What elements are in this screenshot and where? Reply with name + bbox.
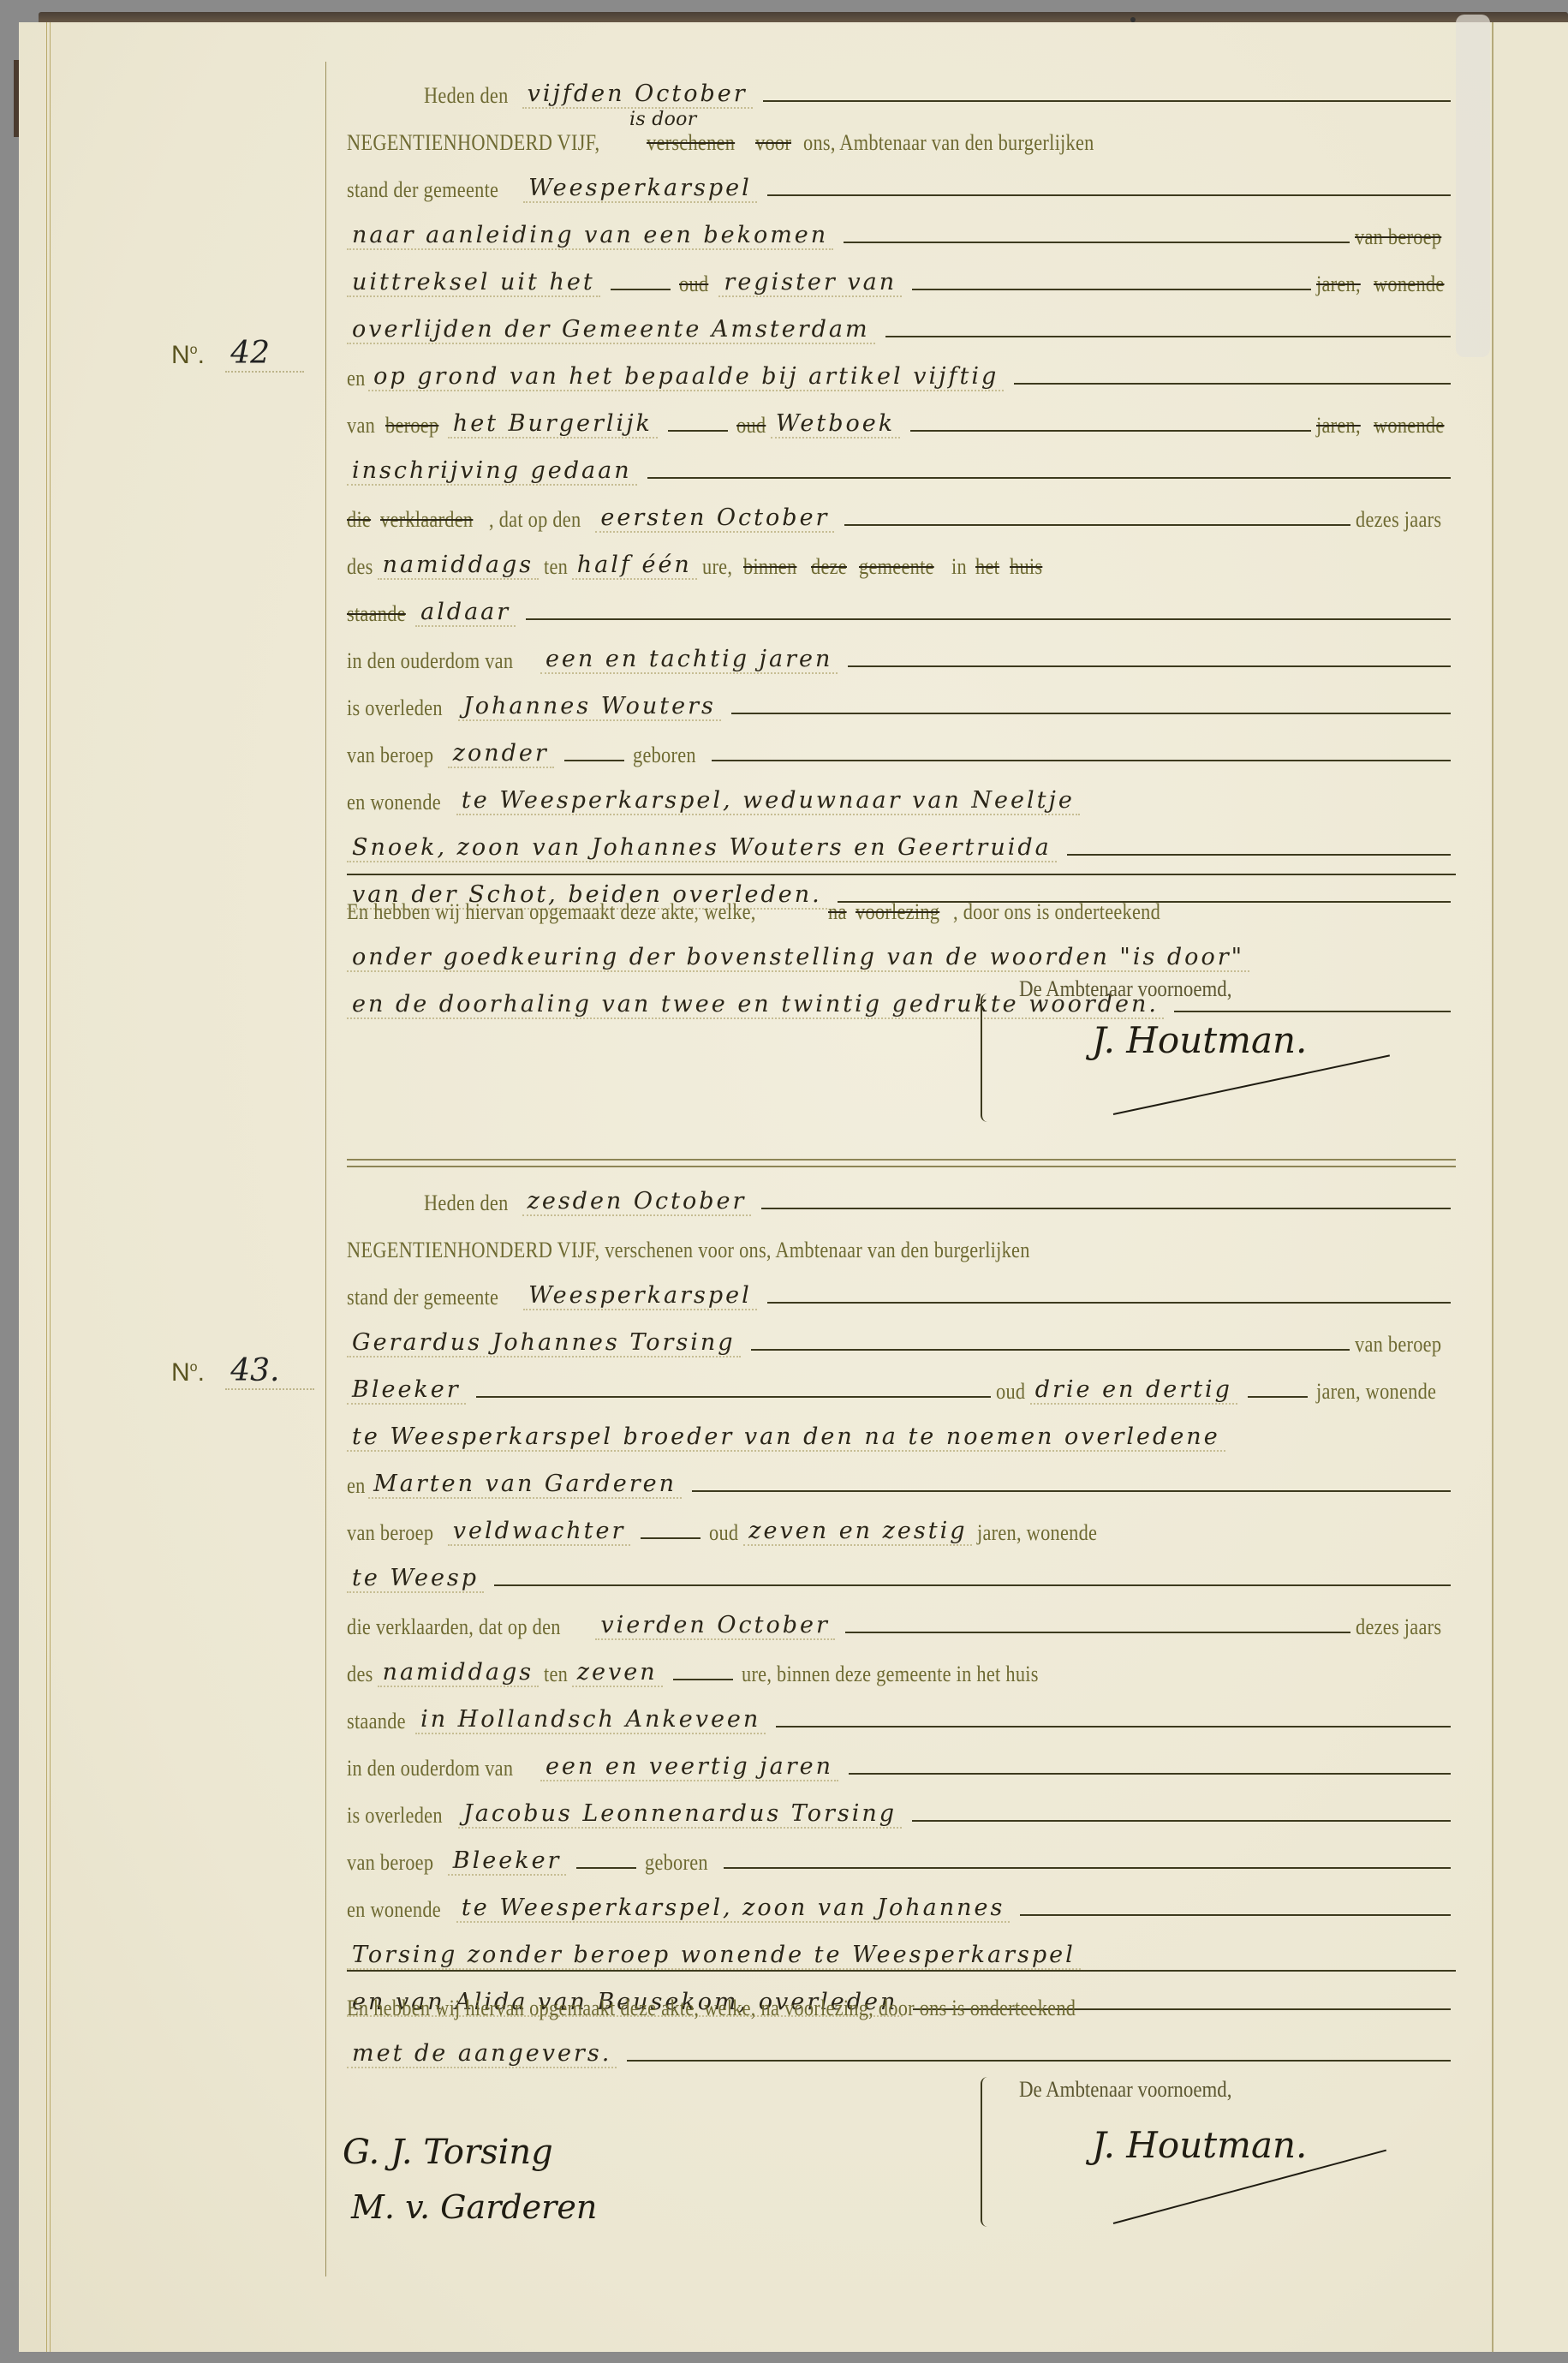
number-sup: o <box>190 343 198 357</box>
handwritten-occupation: veldwachter <box>448 1518 631 1546</box>
struck-text: wonende <box>1374 272 1445 297</box>
printed-text: Heden den <box>424 1190 509 1216</box>
fill-line <box>1248 1396 1308 1398</box>
printed-text: staande <box>347 1709 406 1734</box>
printed-text: en wonende <box>347 790 441 815</box>
fill-line <box>668 430 728 432</box>
struck-text: huis <box>1010 554 1042 580</box>
handwritten-age: zeven en zestig <box>743 1518 972 1546</box>
handwritten-date: vijfden October <box>522 81 753 109</box>
struck-text: het <box>975 554 999 580</box>
record-divider <box>347 1159 1456 1167</box>
line-occupation: van beroep Bleeker geboren <box>347 1829 1456 1876</box>
printed-text: die verklaarden, dat op den <box>347 1614 561 1640</box>
line-municipality: stand der gemeente Weesperkarspel <box>347 156 1456 203</box>
handwritten-insertion: is door <box>629 109 697 130</box>
handwritten-municipality: Weesperkarspel <box>523 1282 757 1310</box>
handwritten-age: een en veertig jaren <box>540 1753 838 1781</box>
handwritten-place: in Hollandsch Ankeveen <box>415 1706 766 1734</box>
fill-line <box>1174 1011 1451 1012</box>
handwritten-time: half één <box>572 552 697 580</box>
fill-line <box>712 760 1451 761</box>
handwritten-text: inschrijving gedaan <box>347 457 637 486</box>
line-11: des namiddags ten half één ure, binnen d… <box>347 533 1456 580</box>
struck-text: oud <box>736 413 766 439</box>
printed-text: in den ouderdom van <box>347 648 513 674</box>
struck-text: gemeente <box>859 554 934 580</box>
official-signature: J. Houtman. <box>1092 2124 1307 2166</box>
line-5: Bleeker oud drie en dertig jaren, wonend… <box>347 1358 1456 1405</box>
fill-line <box>476 1396 991 1398</box>
struck-text: na <box>828 899 847 925</box>
printed-text: oud <box>709 1520 738 1546</box>
line-10: die verklaarden, dat op den vierden Octo… <box>347 1593 1456 1640</box>
handwritten-text: op grond van het bepaalde bij artikel vi… <box>368 363 1004 391</box>
handwritten-text: register van <box>718 269 902 297</box>
printed-text: des <box>347 1662 373 1687</box>
line-declarant-1: Gerardus Johannes Torsing van beroep <box>347 1310 1456 1358</box>
line-age: in den ouderdom van een en veertig jaren <box>347 1734 1456 1781</box>
separator-line <box>347 1970 1456 1972</box>
fill-line <box>844 242 1350 243</box>
fill-line <box>912 289 1311 290</box>
struck-text: wonende <box>1374 413 1445 439</box>
fill-line <box>849 1773 1451 1775</box>
record-number-value: 42 <box>225 336 304 373</box>
printed-text: dezes jaars <box>1356 507 1441 533</box>
fill-line <box>848 665 1451 667</box>
fill-line <box>647 477 1451 479</box>
handwritten-text: te Weesperkarspel, zoon van Johannes <box>456 1895 1010 1923</box>
handwritten-text: Wetboek <box>771 410 900 439</box>
line-deceased: is overleden Jacobus Leonnenardus Torsin… <box>347 1781 1456 1829</box>
official-label: De Ambtenaar voornoemd, <box>1019 2077 1231 2103</box>
number-label: N <box>171 1358 190 1387</box>
closing-hand-1: met de aangevers. <box>347 2021 1456 2068</box>
paper-stain <box>1456 15 1490 357</box>
handwritten-occupation: Bleeker <box>448 1847 567 1876</box>
line-11: des namiddags ten zeven ure, binnen deze… <box>347 1640 1456 1687</box>
struck-text: voor <box>755 130 791 156</box>
fill-line <box>844 524 1350 526</box>
handwritten-text: naar aanleiding van een bekomen <box>347 222 833 250</box>
line-9: inschrijving gedaan <box>347 439 1456 486</box>
struck-text: van beroep <box>1355 224 1441 250</box>
record-42-closing: En hebben wij hiervan opgemaakt deze akt… <box>347 878 1456 1019</box>
printed-text: dezes jaars <box>1356 1614 1441 1640</box>
line-6: overlijden der Gemeente Amsterdam <box>347 297 1456 344</box>
official-label: De Ambtenaar voornoemd, <box>1019 976 1231 1002</box>
printed-text: En hebben wij hiervan opgemaakt deze akt… <box>347 1996 1076 2021</box>
printed-text: jaren, wonende <box>977 1520 1097 1546</box>
line-date: Heden den vijfden October <box>347 62 1456 109</box>
line-4: naar aanleiding van een bekomen van bero… <box>347 203 1456 250</box>
line-deceased: is overleden Johannes Wouters <box>347 674 1456 721</box>
struck-text: staande <box>347 601 406 627</box>
line-12: staande aldaar <box>347 580 1456 627</box>
separator-line <box>347 874 1456 875</box>
printed-text: is overleden <box>347 695 443 721</box>
printed-text: en wonende <box>347 1897 441 1923</box>
handwritten-text: te Weesperkarspel, weduwnaar van Neeltje <box>456 787 1080 815</box>
official-signature: J. Houtman. <box>1092 1019 1307 1061</box>
printed-text: oud <box>996 1379 1025 1405</box>
handwritten-text: overlijden der Gemeente Amsterdam <box>347 316 875 344</box>
record-42: Heden den vijfden October NEGENTIENHONDE… <box>347 62 1456 910</box>
struck-text: jaren, <box>1316 413 1361 439</box>
printed-text: van beroep <box>347 743 433 768</box>
fill-line <box>673 1679 733 1680</box>
fill-line <box>1067 854 1451 856</box>
brace <box>981 2077 994 2227</box>
struck-text: jaren, <box>1316 272 1361 297</box>
printed-text: in den ouderdom van <box>347 1756 513 1781</box>
printed-text: En hebben wij hiervan opgemaakt deze akt… <box>347 899 756 925</box>
ink-dot <box>1130 17 1136 22</box>
printed-text: is overleden <box>347 1803 443 1829</box>
line-8: van beroep het Burgerlijk oud Wetboek ja… <box>347 391 1456 439</box>
handwritten-declarant-name: Gerardus Johannes Torsing <box>347 1329 741 1358</box>
handwritten-text: Torsing zonder beroep wonende te Weesper… <box>347 1942 1081 1970</box>
record-number-42: No. 42 <box>171 336 304 371</box>
handwritten-age: drie en dertig <box>1030 1376 1237 1405</box>
line-residence: en wonende te Weesperkarspel, weduwnaar … <box>347 768 1456 815</box>
fill-line <box>1020 1914 1451 1916</box>
declarant-signature-torsing: G. J. Torsing <box>343 2133 553 2172</box>
line-10: die verklaarden , dat op den eersten Oct… <box>347 486 1456 533</box>
line-year: NEGENTIENHONDERD VIJF, verschenen voor o… <box>347 1216 1456 1263</box>
printed-text: van beroep <box>347 1520 433 1546</box>
handwritten-text: uittreksel uit het <box>347 269 600 297</box>
line-municipality: stand der gemeente Weesperkarspel <box>347 1263 1456 1310</box>
struck-text: oud <box>679 272 708 297</box>
column-divider <box>325 62 326 2276</box>
printed-text: en <box>347 366 366 391</box>
printed-text: geboren <box>633 743 696 768</box>
handwritten-deceased-name: Jacobus Leonnenardus Torsing <box>458 1800 902 1829</box>
closing-line: En hebben wij hiervan opgemaakt deze akt… <box>347 878 1456 925</box>
printed-text: stand der gemeente <box>347 1285 498 1310</box>
printed-text: , door ons is onderteekend <box>953 899 1160 925</box>
next-page-edge <box>1492 22 1568 2352</box>
handwritten-date: vierden October <box>595 1612 835 1640</box>
fill-line <box>576 1867 636 1869</box>
fill-line <box>912 1820 1451 1822</box>
handwritten-declarant-name: Marten van Garderen <box>368 1471 682 1499</box>
line-occupation: van beroep zonder geboren <box>347 721 1456 768</box>
printed-text: ons, Ambtenaar van den burgerlijken <box>803 130 1094 156</box>
line-5: uittreksel uit het oud register van jare… <box>347 250 1456 297</box>
brace <box>981 994 994 1122</box>
struck-text: verschenen <box>647 130 735 156</box>
printed-text: NEGENTIENHONDERD VIJF, <box>347 130 599 156</box>
printed-text: ure, <box>702 554 732 580</box>
fill-line <box>845 1632 1350 1633</box>
handwritten-text: te Weesperkarspel broeder van den na te … <box>347 1423 1225 1452</box>
line-date: Heden den zesden October <box>347 1169 1456 1216</box>
fill-line <box>885 336 1451 337</box>
fill-line <box>627 2060 1451 2062</box>
handwritten-time: zeven <box>572 1659 663 1687</box>
struck-text: die <box>347 507 371 533</box>
fill-line <box>724 1867 1451 1869</box>
line-17: Torsing zonder beroep wonende te Weesper… <box>347 1923 1456 1970</box>
closing-hand-1: onder goedkeuring der bovenstelling van … <box>347 925 1456 972</box>
fill-line <box>776 1726 1451 1727</box>
printed-text: NEGENTIENHONDERD VIJF, verschenen voor o… <box>347 1238 1030 1263</box>
handwritten-approval: onder goedkeuring der bovenstelling van … <box>347 944 1249 972</box>
fill-line <box>910 430 1311 432</box>
printed-text: van beroep <box>1355 1332 1441 1358</box>
handwritten-date: zesden October <box>522 1188 752 1216</box>
margin-rule <box>46 22 51 2352</box>
record-43: Heden den zesden October NEGENTIENHONDER… <box>347 1169 1456 2017</box>
fill-line <box>692 1490 1451 1492</box>
fill-line <box>641 1537 701 1539</box>
handwritten-text: Snoek, zoon van Johannes Wouters en Geer… <box>347 834 1057 862</box>
printed-text: Heden den <box>424 83 509 109</box>
line-17: Snoek, zoon van Johannes Wouters en Geer… <box>347 815 1456 862</box>
printed-text: geboren <box>645 1850 708 1876</box>
line-age: in den ouderdom van een en tachtig jaren <box>347 627 1456 674</box>
struck-text: binnen <box>743 554 796 580</box>
record-43-closing: En hebben wij hiervan opgemaakt deze akt… <box>347 1974 1456 2068</box>
number-label: N <box>171 341 190 369</box>
printed-text: en <box>347 1473 366 1499</box>
line-8: van beroep veldwachter oud zeven en zest… <box>347 1499 1456 1546</box>
handwritten-text: met de aangevers. <box>347 2040 617 2068</box>
struck-text: voorlezing <box>856 899 939 925</box>
handwritten-deceased-name: Johannes Wouters <box>458 693 721 721</box>
fill-line <box>611 289 671 290</box>
printed-text: van <box>347 413 375 439</box>
line-residence: en wonende te Weesperkarspel, zoon van J… <box>347 1876 1456 1923</box>
line-7: en op grond van het bepaalde bij artikel… <box>347 344 1456 391</box>
record-number-value: 43. <box>225 1353 313 1390</box>
record-number-43: No. 43. <box>171 1353 314 1388</box>
fill-line <box>564 760 624 761</box>
struck-text: deze <box>811 554 847 580</box>
fill-line <box>494 1584 1451 1586</box>
handwritten-age: een en tachtig jaren <box>540 646 838 674</box>
fill-line <box>751 1349 1350 1351</box>
fill-line <box>767 194 1451 196</box>
fill-line <box>761 1208 1451 1209</box>
printed-text: des <box>347 554 373 580</box>
printed-text: , dat op den <box>489 507 581 533</box>
line-6: te Weesperkarspel broeder van den na te … <box>347 1405 1456 1452</box>
handwritten-occupation: zonder <box>448 740 554 768</box>
closing-line: En hebben wij hiervan opgemaakt deze akt… <box>347 1974 1456 2021</box>
line-year: NEGENTIENHONDERD VIJF, verschenen voor i… <box>347 109 1456 156</box>
printed-text: van beroep <box>347 1850 433 1876</box>
line-9: te Weesp <box>347 1546 1456 1593</box>
line-declarant-2: en Marten van Garderen <box>347 1452 1456 1499</box>
fill-line <box>767 1302 1451 1304</box>
printed-text: ten <box>544 1662 568 1687</box>
handwritten-text: te Weesp <box>347 1565 484 1593</box>
handwritten-date: eersten October <box>595 504 834 533</box>
handwritten-text: het Burgerlijk <box>448 410 658 439</box>
line-12: staande in Hollandsch Ankeveen <box>347 1687 1456 1734</box>
printed-text: stand der gemeente <box>347 177 498 203</box>
handwritten-text: namiddags <box>378 1659 540 1687</box>
printed-text: ure, binnen deze gemeente in het huis <box>742 1662 1039 1687</box>
fill-line <box>763 100 1451 102</box>
printed-text: ten <box>544 554 568 580</box>
handwritten-text: namiddags <box>378 552 540 580</box>
closing-hand-2: en de doorhaling van twee en twintig ged… <box>347 972 1456 1019</box>
handwritten-text: aldaar <box>415 599 516 627</box>
handwritten-occupation: Bleeker <box>347 1376 466 1405</box>
struck-text: verklaarden <box>380 507 473 533</box>
handwritten-municipality: Weesperkarspel <box>523 175 757 203</box>
printed-text: jaren, wonende <box>1316 1379 1436 1405</box>
fill-line <box>1014 383 1451 385</box>
number-sup: o <box>190 1360 198 1375</box>
declarant-signature-garderen: M. v. Garderen <box>351 2188 597 2226</box>
printed-text: in <box>951 554 967 580</box>
struck-text: beroep <box>385 413 438 439</box>
fill-line <box>731 713 1451 714</box>
fill-line <box>526 618 1451 620</box>
